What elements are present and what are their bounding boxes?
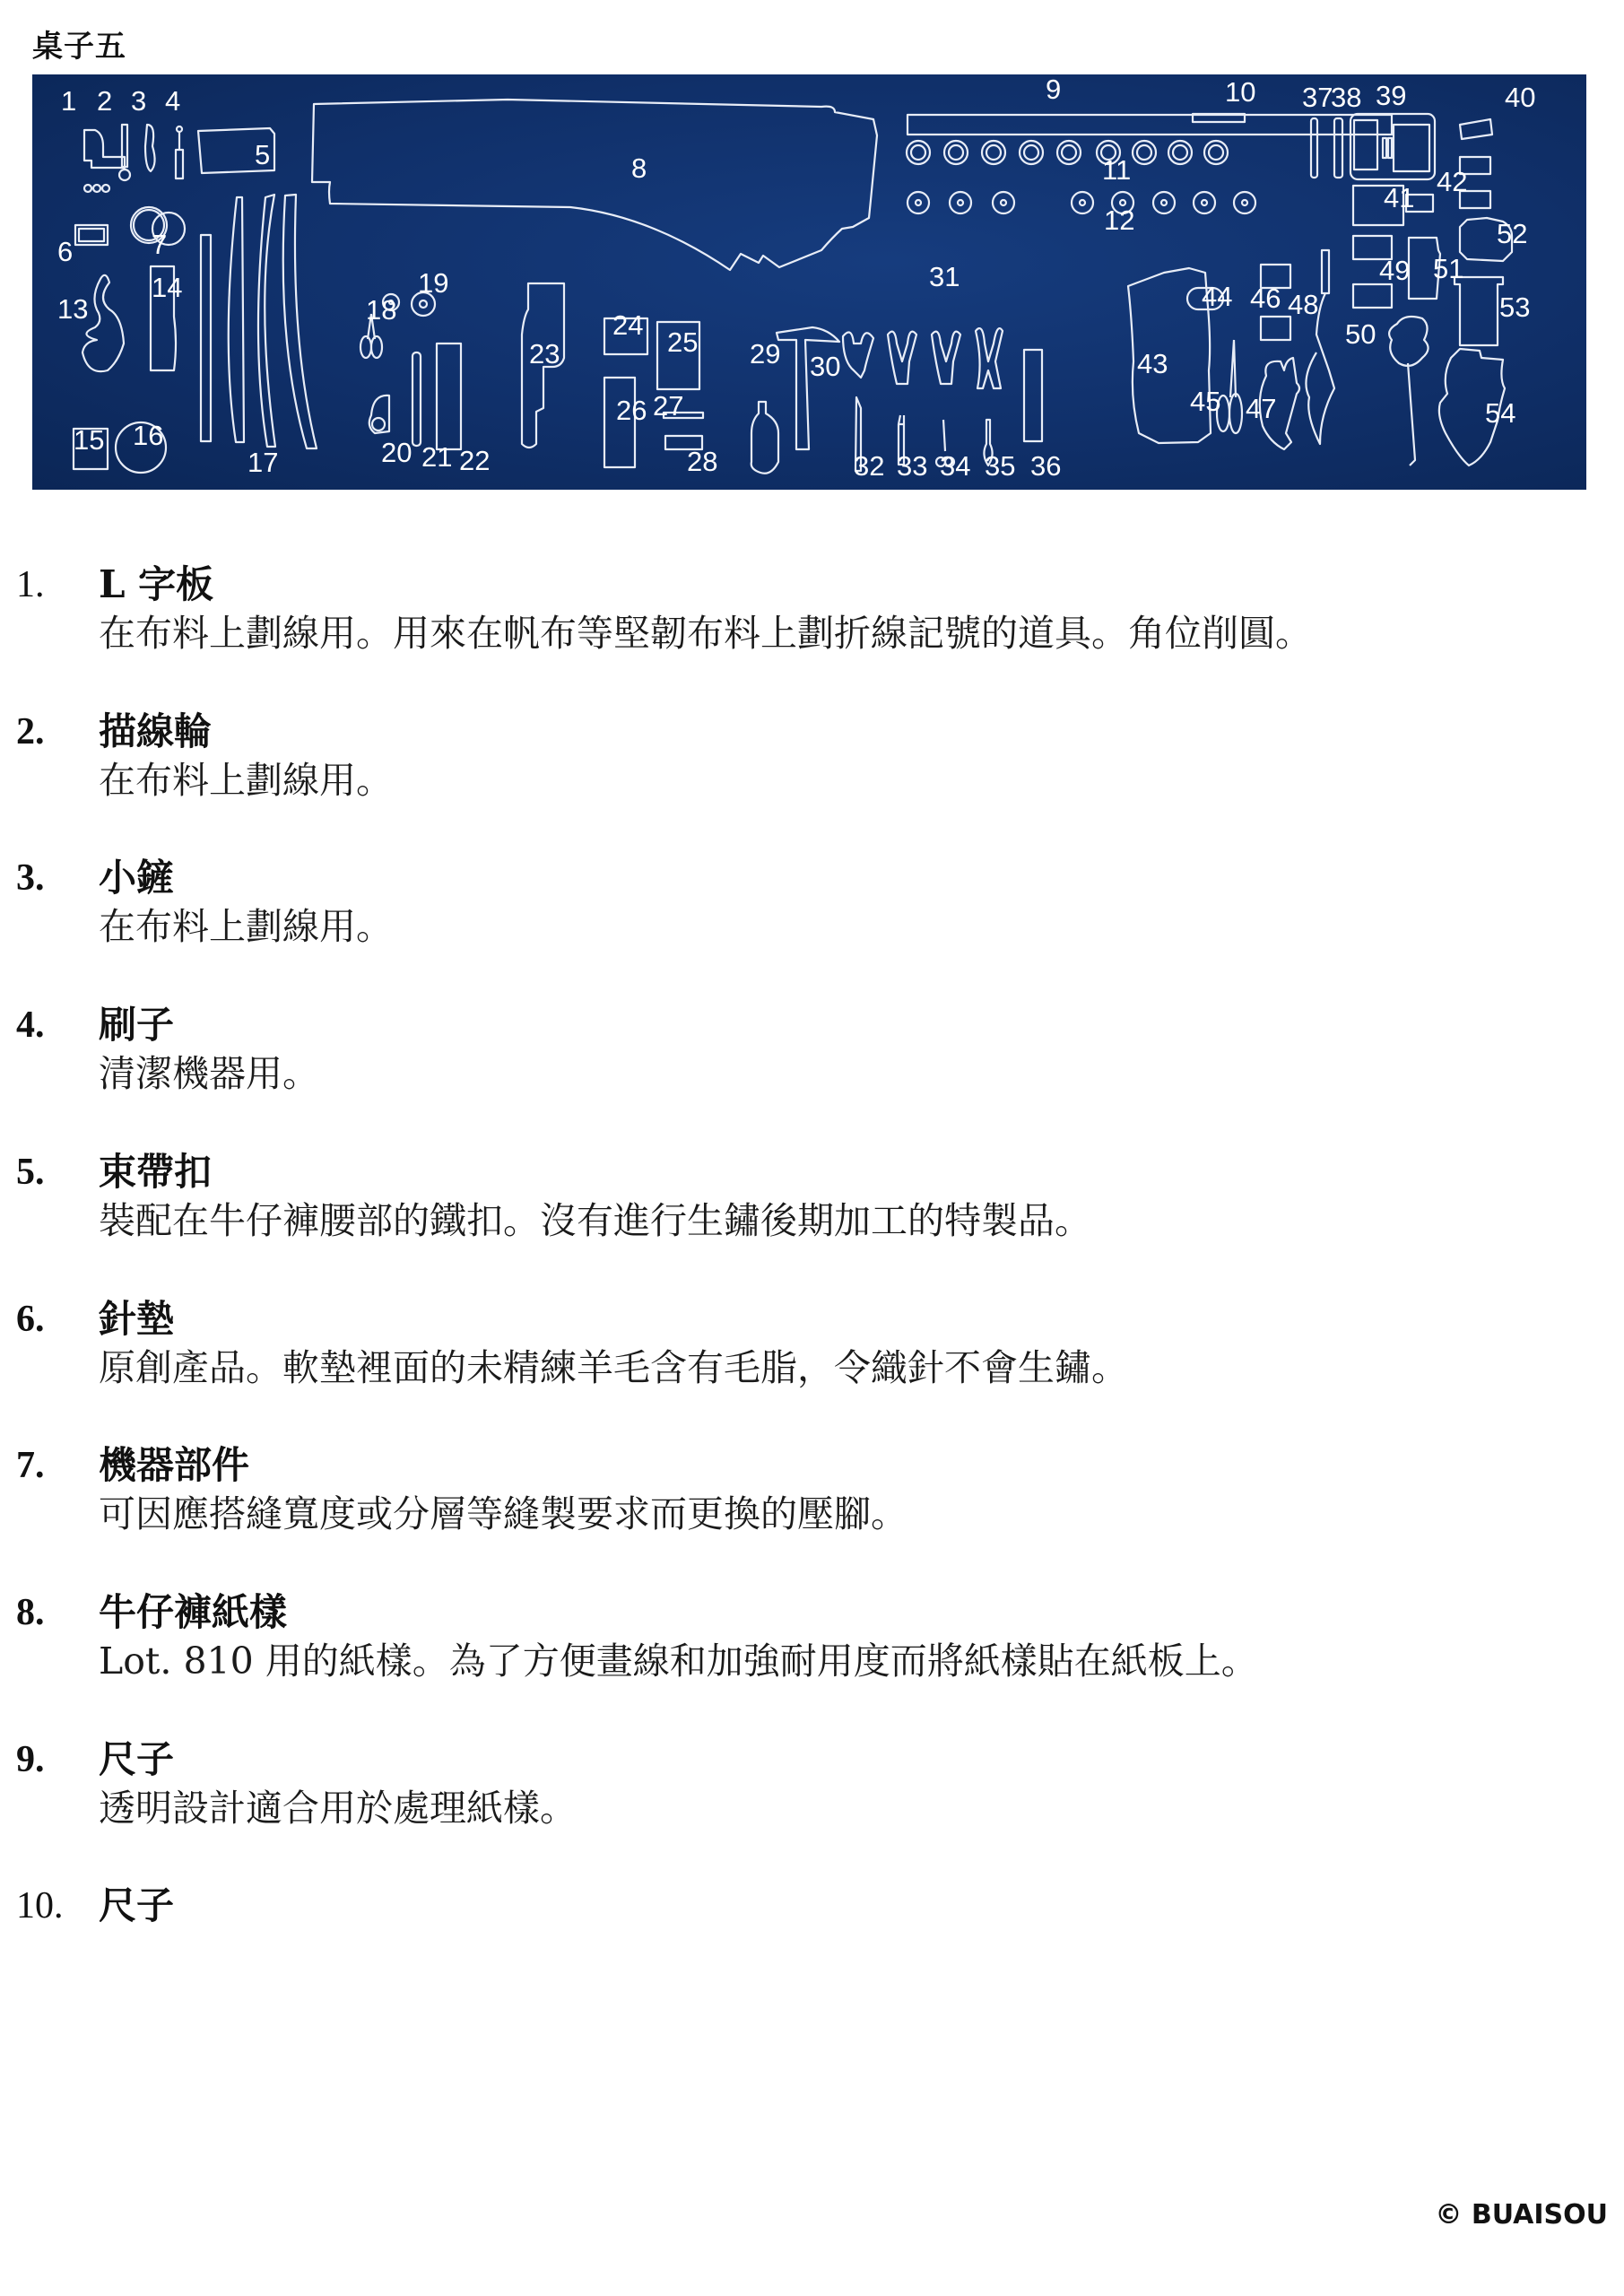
diagram-label: 10: [1225, 76, 1255, 108]
diagram-label: 15: [74, 424, 104, 456]
stick-outline: [201, 235, 211, 441]
item-title: 機器部件: [99, 1446, 249, 1485]
tool-40-outline: [1460, 119, 1492, 139]
diagram-label: 12: [1104, 204, 1134, 236]
item-description: 裝配在牛仔褲腰部的鐵扣。沒有進行生鏽後期加工的特製品。: [99, 1200, 1091, 1241]
item-title: 刷子: [99, 1005, 174, 1045]
diagram-label: 32: [854, 450, 884, 482]
item-number: 5.: [16, 1152, 45, 1192]
diagram-label: 39: [1376, 80, 1406, 111]
diagram-label: 31: [929, 261, 960, 292]
item-description: Lot. 810 用的紙樣。為了方便畫線和加強耐用度而將紙樣貼在紙板上。: [99, 1640, 1258, 1682]
diagram-label: 50: [1345, 318, 1376, 350]
diagram-label: 4: [165, 85, 180, 117]
diagram-label: 11: [1102, 154, 1131, 186]
diagram-label: 46: [1250, 283, 1281, 314]
scissors-45-outline: [1230, 340, 1236, 397]
item-description: 透明設計適合用於處理紙樣。: [99, 1787, 577, 1829]
diagram-label: 9: [1046, 74, 1061, 105]
tool-48-outline: [1306, 250, 1334, 444]
tool-37-outline: [1311, 118, 1317, 178]
diagram-label: 54: [1485, 397, 1515, 429]
tool-13-outline: [83, 275, 124, 371]
item-number: 7.: [16, 1446, 45, 1485]
hammer-outline: [777, 327, 839, 449]
diagram-label: 37: [1302, 82, 1333, 113]
diagram-label: 49: [1379, 255, 1410, 286]
item-title: 尺子: [99, 1886, 174, 1926]
diagram-label: 25: [667, 326, 698, 358]
diagram-label: 26: [616, 395, 647, 426]
diagram-label: 47: [1246, 393, 1276, 424]
diagram-label: 21: [421, 441, 452, 473]
diagram-label: 20: [381, 437, 412, 468]
item-description: 在布料上劃線用。: [99, 760, 393, 801]
diagram-label: 33: [897, 450, 927, 482]
item-description: 可因應搭縫寬度或分層等縫製要求而更換的壓腳。: [99, 1493, 908, 1535]
diagram-label: 34: [940, 450, 970, 482]
item-title: 尺子: [99, 1740, 174, 1779]
diagram-label: 14: [152, 272, 182, 303]
item-title: 針墊: [99, 1300, 174, 1339]
diagram-label: 24: [612, 309, 643, 341]
diagram-label: 19: [418, 267, 448, 299]
item-number: 9.: [16, 1740, 45, 1779]
diagram-label: 2: [97, 85, 112, 117]
item-title: 描線輪: [99, 712, 212, 752]
bottle-outline: [751, 402, 778, 474]
tool-36-outline: [1024, 350, 1042, 441]
diagram-label: 3: [131, 85, 146, 117]
tool-46b-outline: [1261, 317, 1290, 340]
diagram-label: 36: [1030, 450, 1061, 482]
diagram-label: 13: [57, 293, 88, 325]
tool-21-outline: [413, 352, 421, 446]
brush-outline: [176, 132, 183, 178]
diagram-label: 27: [653, 390, 683, 422]
l-square-outline: [84, 130, 125, 168]
diagram-label: 7: [152, 229, 167, 260]
diagram-label: 30: [810, 351, 840, 382]
diagram-label: 1: [61, 85, 76, 117]
diagram-label: 6: [57, 236, 73, 267]
tool-layout-diagram: 1234567891011121314151617181920212223242…: [32, 74, 1586, 490]
diagram-label: 22: [459, 445, 490, 476]
tool-53-outline: [1455, 277, 1503, 345]
tool-22-outline: [437, 344, 461, 449]
item-number: 1.: [16, 565, 45, 604]
item-number: 10.: [16, 1886, 64, 1926]
item-title: 牛仔褲紙樣: [99, 1593, 287, 1632]
item-title: L 字板: [99, 565, 213, 604]
page-heading: 桌子五: [32, 22, 126, 65]
item-description: 原創產品。軟墊裡面的未精練羊毛含有毛脂，令織針不會生鏽。: [99, 1347, 1128, 1388]
diagram-label: 23: [529, 338, 560, 370]
diagram-outlines: 1234567891011121314151617181920212223242…: [32, 74, 1586, 490]
jeans-pattern-outline: [312, 100, 877, 270]
diagram-label: 45: [1190, 386, 1220, 417]
diagram-label: 52: [1497, 218, 1527, 249]
item-number: 2.: [16, 712, 45, 752]
diagram-label: 51: [1433, 253, 1463, 284]
diagram-label: 17: [248, 447, 278, 478]
spatula-outline: [145, 125, 155, 171]
pliers-outline: [843, 333, 873, 378]
copyright-footer: © BUAISOU: [1435, 2199, 1608, 2231]
diagram-label: 41: [1384, 182, 1414, 213]
diagram-label: 29: [750, 338, 780, 370]
diagram-label: 8: [631, 152, 647, 184]
item-description: 在布料上劃線用。用來在帆布等堅韌布料上劃折線記號的道具。角位削圓。: [99, 613, 1312, 654]
diagram-label: 28: [687, 446, 717, 477]
diagram-label: 16: [133, 420, 163, 451]
item-number: 4.: [16, 1005, 45, 1045]
item-number: 3.: [16, 858, 45, 898]
button-row: [908, 192, 1255, 213]
diagram-label: 53: [1499, 291, 1530, 323]
item-number: 8.: [16, 1593, 45, 1632]
tweezers-34-outline: [943, 420, 945, 451]
tool-38-outline: [1334, 118, 1342, 178]
diagram-label: 5: [255, 139, 270, 170]
item-title: 束帶扣: [99, 1152, 212, 1192]
diagram-label: 44: [1202, 281, 1232, 312]
diagram-label: 48: [1288, 289, 1318, 320]
tool-49b-outline: [1353, 284, 1392, 308]
item-number: 6.: [16, 1300, 45, 1339]
diagram-label: 38: [1331, 82, 1361, 113]
item-description: 在布料上劃線用。: [99, 906, 393, 947]
item-title: 小鏟: [99, 858, 174, 898]
diagram-label: 35: [985, 450, 1015, 482]
diagram-label: 42: [1437, 166, 1467, 197]
diagram-label: 18: [366, 294, 396, 326]
tool-50-outline: [1389, 317, 1428, 465]
ruler-outline: [908, 115, 1392, 135]
ring-row: [907, 141, 1228, 164]
diagram-label: 40: [1505, 82, 1535, 113]
item-description: 清潔機器用。: [99, 1053, 319, 1094]
diagram-label: 43: [1137, 348, 1168, 379]
